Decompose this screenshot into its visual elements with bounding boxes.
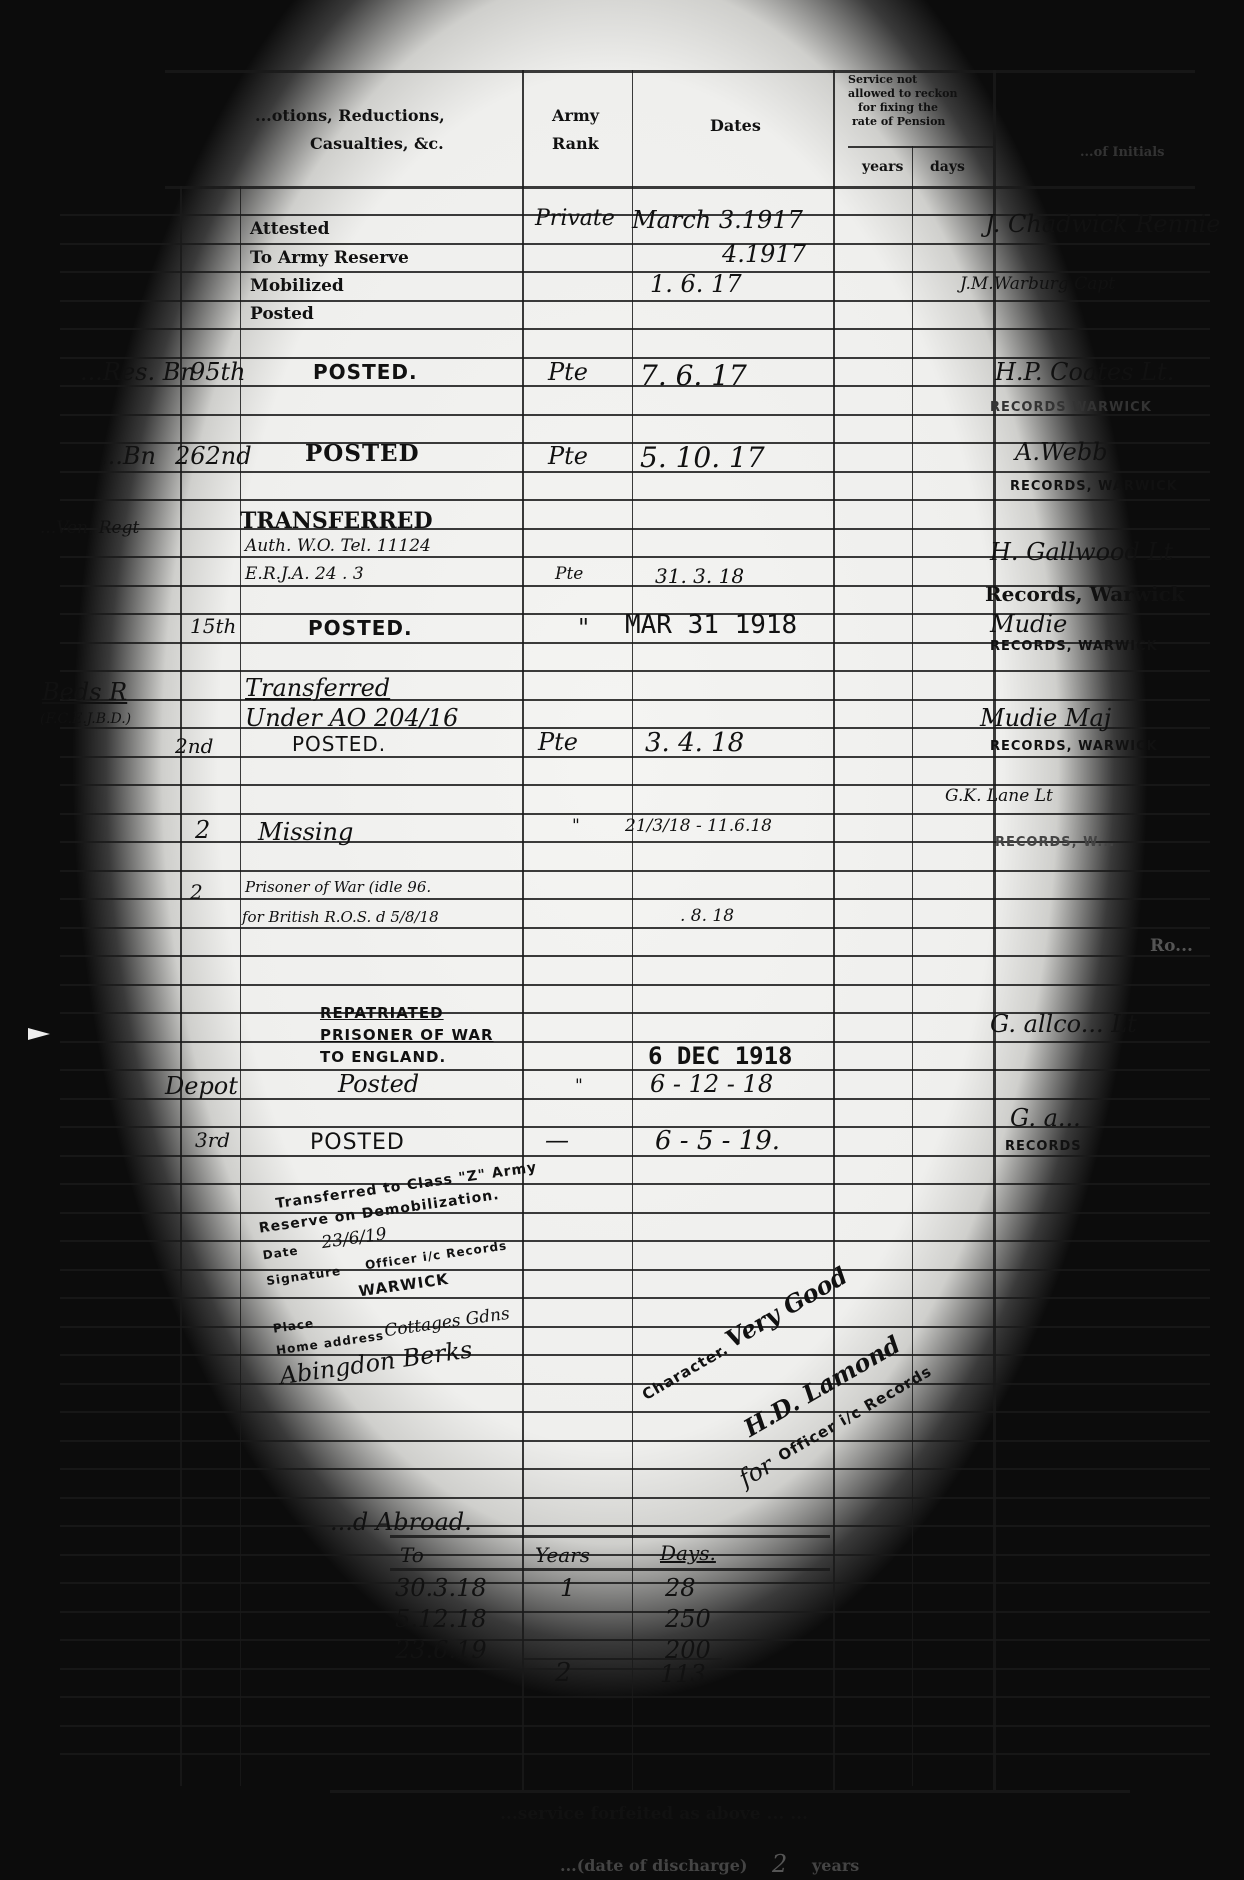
rule-line <box>165 70 1195 73</box>
header-casualties-l1: ...otions, Reductions, <box>255 108 445 124</box>
entry-event: TRANSFERRED <box>240 510 433 532</box>
entry-unit: Depot <box>165 1074 238 1098</box>
rule-line <box>60 1611 1210 1613</box>
abroad-col-to: To <box>400 1545 424 1565</box>
repatriated-stamp-l3: TO ENGLAND. <box>320 1050 446 1065</box>
rule-line <box>60 1753 1210 1755</box>
rule-line <box>60 1696 1210 1698</box>
entry-event-note-1: Transferred <box>245 676 390 700</box>
rule-line <box>60 756 1210 758</box>
rule-line <box>60 243 1210 245</box>
entry-event: POSTED <box>310 1132 405 1154</box>
entry-event: Posted <box>338 1072 419 1096</box>
records-stamp: Ro... <box>1150 938 1193 955</box>
header-service-l3: for fixing the <box>858 102 938 115</box>
rule-line <box>60 1411 1210 1413</box>
entry-rank: Pte <box>548 360 588 384</box>
rule-line <box>60 955 1210 957</box>
column-line <box>522 70 524 1790</box>
entry-unit: Beds R <box>42 680 127 704</box>
entry-signature: Mudie Maj <box>980 706 1111 730</box>
rule-line <box>330 1790 1130 1793</box>
entry-event: POSTED. <box>308 618 413 638</box>
rule-line <box>60 1497 1210 1499</box>
entry-date: MAR 31 1918 <box>625 612 797 638</box>
abroad-row-to: 23.6.19 <box>395 1638 487 1662</box>
rule-line <box>390 1568 830 1571</box>
entry-date: . 8. 18 <box>680 908 734 925</box>
abroad-col-days: Days. <box>660 1543 716 1563</box>
entry-event-note-2: for British R.O.S. d 5/8/18 <box>242 910 439 925</box>
records-stamp: RECORDS, WARWICK <box>1010 480 1178 493</box>
entry-unit-no: 2 <box>195 818 210 842</box>
column-line <box>180 186 182 1786</box>
rule-line <box>60 984 1210 986</box>
entry-rank: " <box>572 818 580 835</box>
rule-line <box>60 1440 1210 1442</box>
rule-line <box>60 1155 1210 1157</box>
signature-attested: J. Chadwick Rennie <box>985 212 1220 236</box>
label-to-army-reserve: To Army Reserve <box>250 250 409 267</box>
entry-unit-no: 262nd <box>175 444 252 468</box>
rule-line <box>60 1639 1210 1641</box>
abroad-row-years: 1 <box>560 1576 575 1600</box>
entry-date: 3. 4. 18 <box>645 730 744 756</box>
entry-signature: G.K. Lane Lt <box>945 788 1053 805</box>
rule-line <box>60 898 1210 900</box>
header-signature: ...of Initials <box>1080 146 1164 159</box>
entry-event-note-1: Prisoner of War (idle 96. <box>245 880 431 895</box>
entry-unit: ...Ven. Regt <box>40 520 139 537</box>
column-line <box>240 186 241 1786</box>
entry-unit-no: 2nd <box>175 736 213 756</box>
records-stamp: RECORDS <box>1005 1140 1082 1153</box>
entry-date: 21/3/18 - 11.6.18 <box>625 818 772 835</box>
footer-discharge: ...(date of discharge) <box>560 1858 747 1874</box>
header-rank-l1: Army <box>552 108 599 124</box>
rule-line <box>60 1668 1210 1670</box>
entry-event: Missing <box>258 820 353 844</box>
footer-discharge-unit: years <box>812 1858 859 1874</box>
entry-date: 6 DEC 1918 <box>648 1044 793 1068</box>
entry-unit: ...Bn <box>100 444 156 468</box>
label-mobilized: Mobilized <box>250 278 344 295</box>
entry-unit-sub: (F.C.E.J.B.D.) <box>40 712 131 726</box>
rule-line <box>60 1326 1210 1328</box>
entry-rank: Pte <box>538 730 578 754</box>
abroad-total-years: 2 <box>555 1660 572 1686</box>
entry-unit-no: 2 <box>190 882 203 902</box>
entry-date: 6 - 12 - 18 <box>650 1072 773 1096</box>
rule-line <box>60 870 1210 872</box>
entry-signature: H. Gallwood Lt <box>990 540 1173 564</box>
signature-reserve: J.M.Warburg Capt <box>960 276 1115 293</box>
entry-event-note-2: Under AO 204/16 <box>245 706 458 730</box>
abroad-row-days: 28 <box>665 1576 696 1600</box>
date-attested: March 3.1917 <box>632 208 803 232</box>
entry-event: POSTED <box>305 442 420 465</box>
rule-line <box>165 186 1195 189</box>
entry-unit-no: 15th <box>190 616 236 636</box>
rule-line <box>60 813 1210 815</box>
repatriated-stamp-l1: REPATRIATED <box>320 1006 444 1021</box>
records-stamp: Records, Warwick <box>985 584 1185 604</box>
header-casualties-l2: Casualties, &c. <box>310 136 444 152</box>
abroad-row-to: 5.12.18 <box>395 1607 487 1631</box>
entry-unit-no: 95th <box>190 360 246 384</box>
rule-line <box>60 1069 1210 1071</box>
rule-line <box>60 927 1210 929</box>
entry-rank: " <box>578 616 589 640</box>
label-attested: Attested <box>250 221 330 238</box>
abroad-row-days: 250 <box>665 1607 711 1631</box>
rule-line <box>60 1468 1210 1470</box>
entry-event-note-2: E.R.J.A. 24 . 3 <box>245 566 364 583</box>
rule-line <box>60 699 1210 701</box>
records-stamp: RECORDS, WARWICK <box>990 640 1158 653</box>
rule-line <box>60 1183 1210 1185</box>
rule-line <box>60 328 1210 330</box>
rule-line <box>60 1725 1210 1727</box>
label-posted: Posted <box>250 306 314 323</box>
entry-event-note-1: Auth. W.O. Tel. 11124 <box>245 538 431 555</box>
service-record-sheet: ...otions, Reductions, Casualties, &c. A… <box>0 0 1244 1880</box>
rule-line <box>60 670 1210 672</box>
rule-line <box>60 1240 1210 1242</box>
entry-signature: Mudie <box>990 612 1067 636</box>
entry-rank: Pte <box>555 566 583 583</box>
entry-date: 7. 6. 17 <box>640 362 747 390</box>
abroad-row-to: 30.3.18 <box>395 1576 487 1600</box>
rule-line <box>60 471 1210 473</box>
rule-line <box>60 1354 1210 1356</box>
header-service-l2: allowed to reckon <box>848 88 958 101</box>
rule-line <box>60 271 1210 273</box>
header-service-l1: Service not <box>848 74 917 87</box>
records-stamp: RECORDS, WARWICK <box>990 740 1158 753</box>
date-mobilized: 1. 6. 17 <box>650 272 742 296</box>
header-days: days <box>930 160 965 174</box>
entry-signature: A.Webb <box>1015 440 1108 464</box>
entry-date: 6 - 5 - 19. <box>655 1128 780 1154</box>
entry-signature: G. a... <box>1010 1106 1081 1130</box>
entry-date: 5. 10. 17 <box>640 444 765 472</box>
entry-event: POSTED. <box>292 734 386 754</box>
entry-unit-no: 3rd <box>195 1130 230 1150</box>
rule-line <box>60 1212 1210 1214</box>
column-line <box>833 70 835 1790</box>
rule-line <box>60 300 1210 302</box>
rule-line <box>60 499 1210 501</box>
rule-line <box>60 1554 1210 1556</box>
records-stamp: RECORDS WARWICK <box>990 401 1152 414</box>
entry-date: 31. 3. 18 <box>655 566 744 586</box>
rule-line <box>60 1297 1210 1299</box>
entry-signature: H.P. Coates Lt. <box>995 360 1174 384</box>
entry-rank: — <box>545 1128 569 1152</box>
rule-line <box>60 528 1210 530</box>
column-line <box>993 70 996 1790</box>
date-reserve: 4.1917 <box>722 242 806 266</box>
rule-line <box>60 1383 1210 1385</box>
scan-arrow-mark <box>28 1028 50 1040</box>
header-dates: Dates <box>710 118 761 134</box>
repatriated-stamp-l2: PRISONER OF WAR <box>320 1028 494 1043</box>
entry-rank: Pte <box>548 444 588 468</box>
records-stamp: RECORDS, W... <box>995 836 1115 849</box>
rule-line <box>60 1525 1210 1527</box>
rule-line <box>60 1269 1210 1271</box>
abroad-row-days: 200 <box>665 1638 711 1662</box>
column-line <box>632 70 633 1790</box>
abroad-col-years: Years <box>535 1545 590 1565</box>
rank-attested: Private <box>535 208 615 230</box>
rule-line <box>848 146 993 148</box>
rule-line <box>60 1582 1210 1584</box>
entry-event: POSTED. <box>313 362 418 382</box>
header-service-l4: rate of Pension <box>852 116 945 129</box>
abroad-total-days: 113 <box>660 1662 706 1686</box>
footer-forfeited: ...service forfeited as above ... ... <box>500 1806 808 1823</box>
entry-signature: G. allco... Lt <box>990 1012 1137 1036</box>
entry-rank: " <box>575 1078 583 1095</box>
header-rank-l2: Rank <box>552 136 599 152</box>
header-years: years <box>862 160 903 174</box>
footer-discharge-years: 2 <box>772 1852 787 1876</box>
rule-line <box>60 1041 1210 1043</box>
column-line <box>912 146 913 1786</box>
abroad-title: ...d Abroad. <box>330 1510 472 1534</box>
entry-unit: ...Res. Bn <box>80 360 196 384</box>
